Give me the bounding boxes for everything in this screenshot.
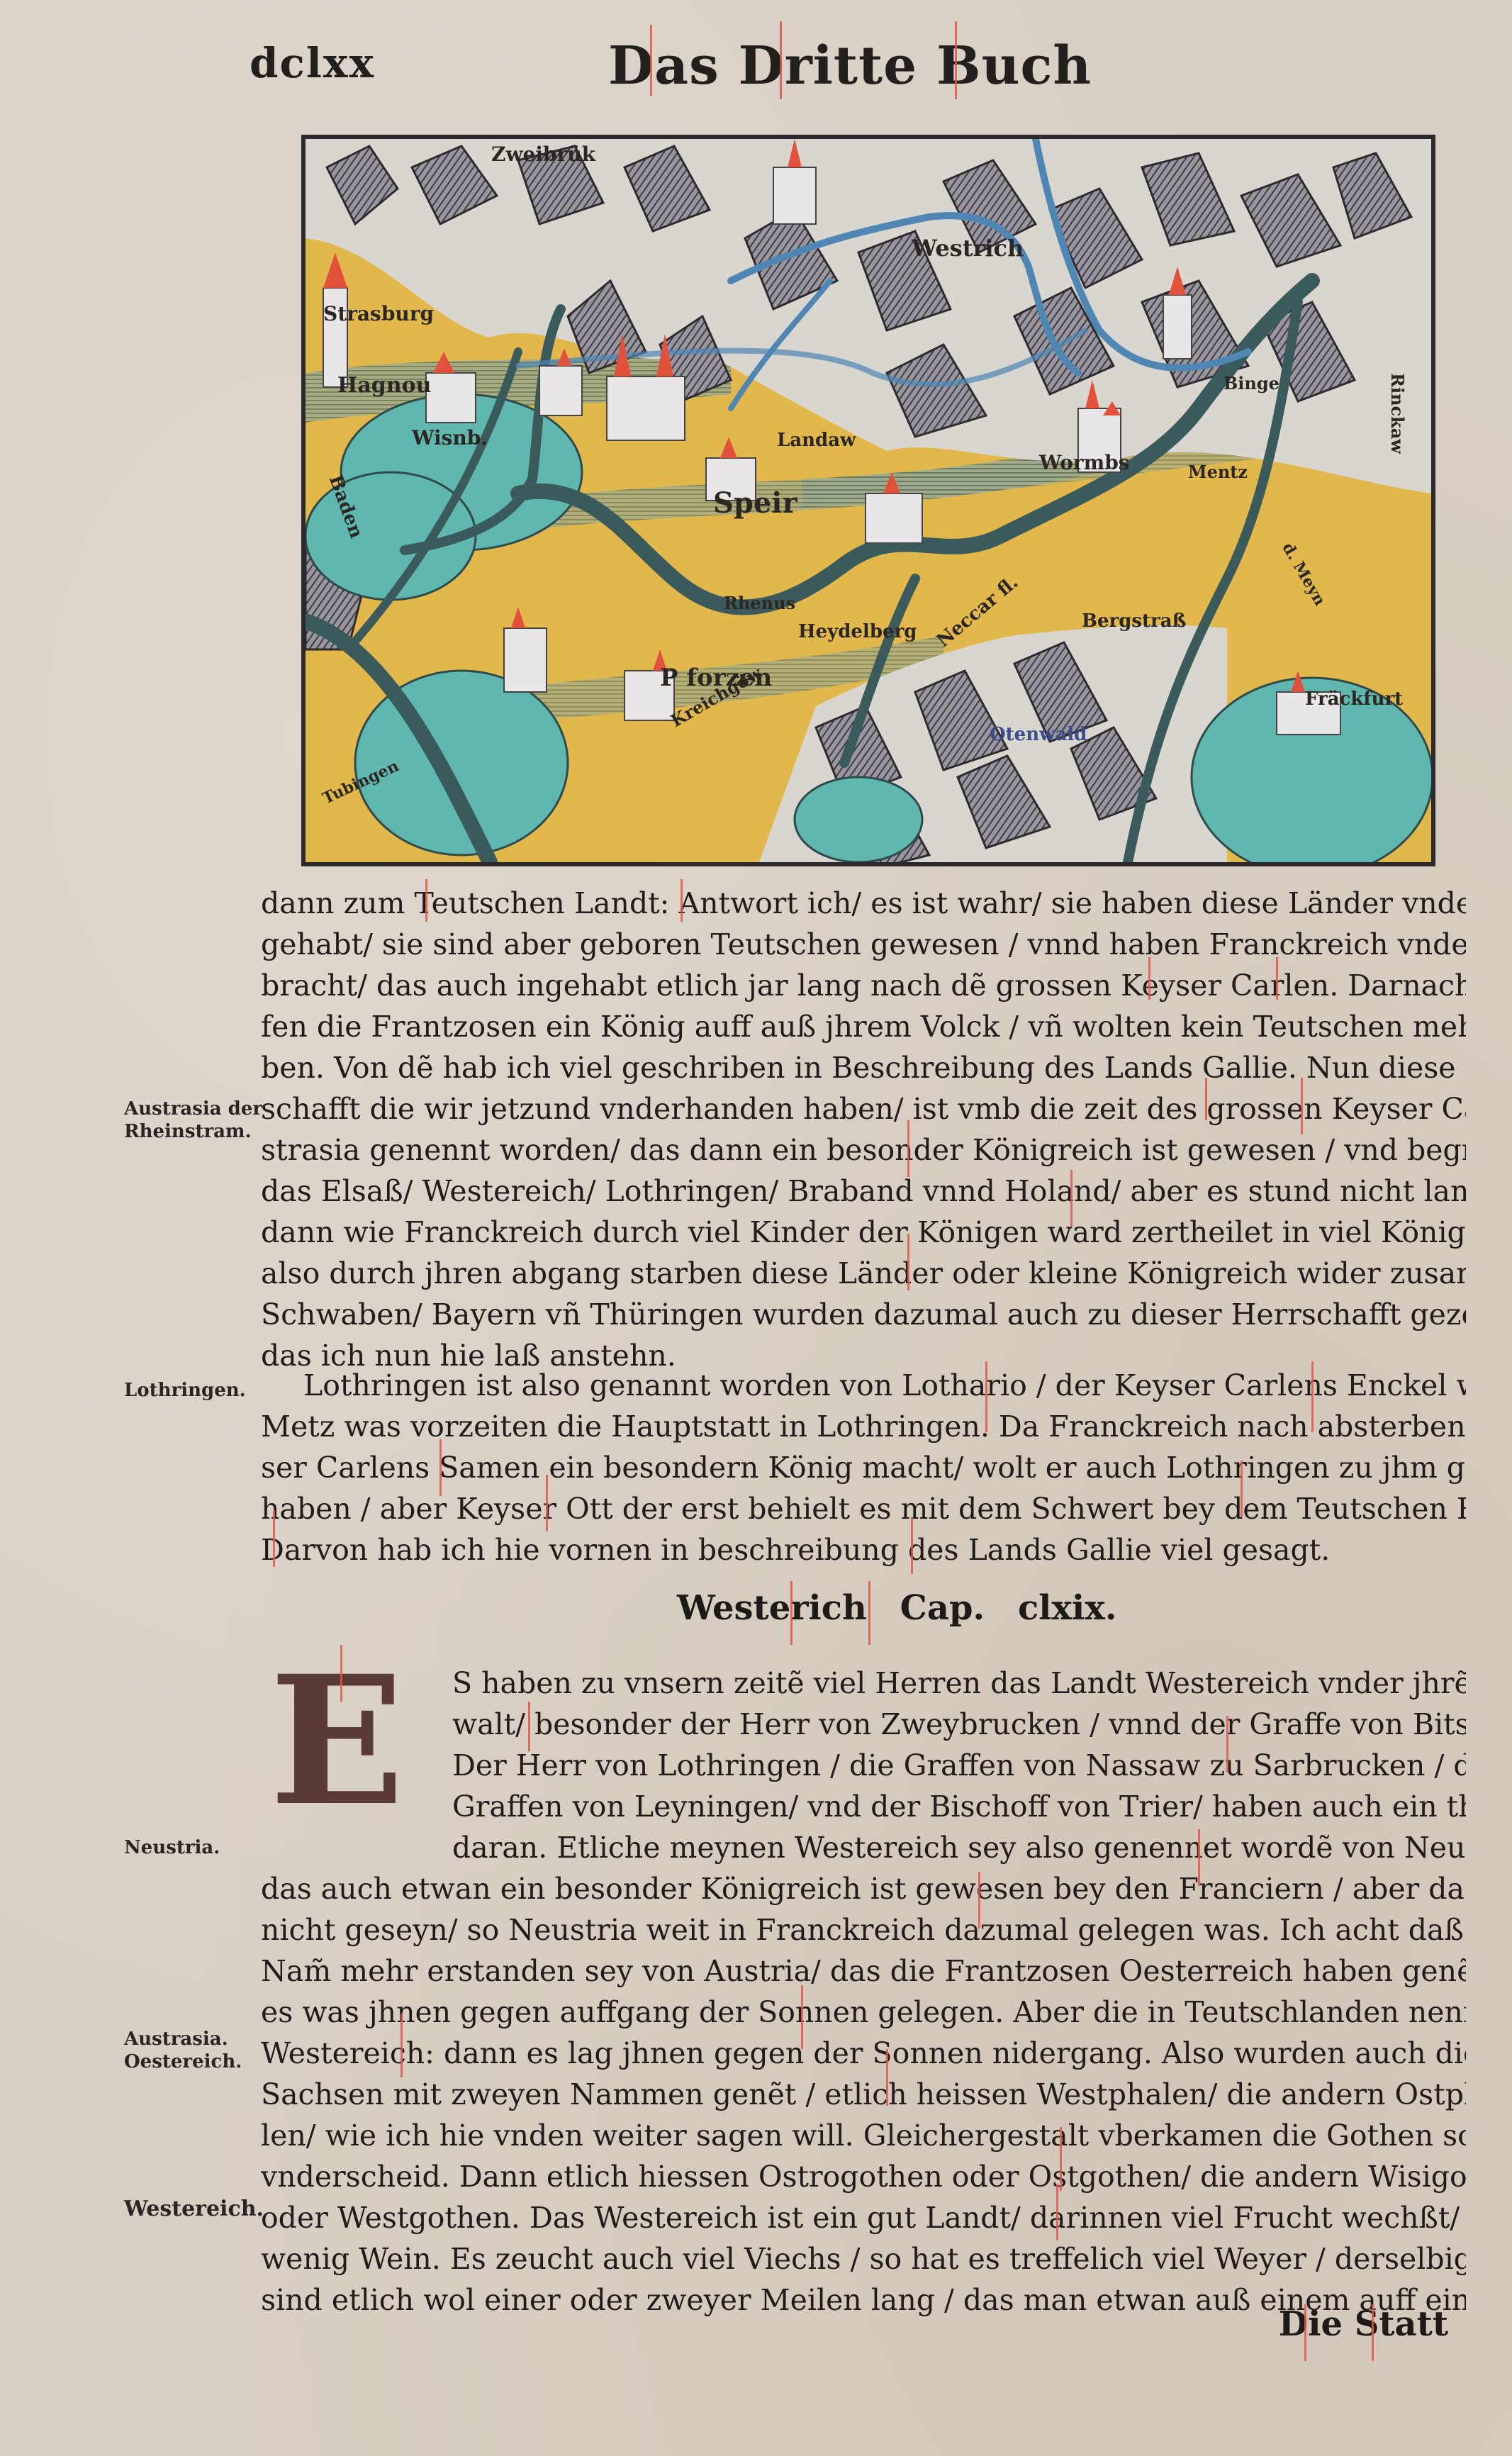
map-label-bergstrass: Bergstraß <box>1082 610 1186 632</box>
rubrication-stroke <box>1198 1829 1200 1886</box>
text-line: ben. Von dẽ hab ich viel geschriben in B… <box>261 1047 1466 1088</box>
running-head: Das Dritte Buch <box>608 35 1092 96</box>
text-line: daran. Etliche meynen Westereich sey als… <box>261 1827 1466 1868</box>
rubrication-stroke <box>1205 1078 1207 1120</box>
chapter-number: clxix. <box>1018 1588 1117 1628</box>
text-line: vnderscheid. Dann etlich hiessen Ostrogo… <box>261 2156 1466 2197</box>
paragraph-lothringen: Lothringen ist also genannt worden von L… <box>261 1365 1466 1570</box>
text-line: gehabt/ sie sind aber geboren Teutschen … <box>261 924 1466 965</box>
margin-note-neustria: Neustria. <box>124 1836 220 1859</box>
rubrication-stroke <box>801 1985 803 2049</box>
map-label-wisnb: Wisnb. <box>412 426 488 450</box>
text-line: schafft die wir jetzund vnderhanden habe… <box>261 1088 1466 1129</box>
map-label-landaw: Landaw <box>777 430 856 451</box>
text-line: Darvon hab ich hie vornen in beschreibun… <box>261 1529 1466 1570</box>
map-label-wormbs: Wormbs <box>1039 451 1130 474</box>
rubrication-stroke <box>790 1581 793 1645</box>
text-line: Metz was vorzeiten die Hauptstatt in Lot… <box>261 1406 1466 1447</box>
text-line: bracht/ das auch ingehabt etlich jar lan… <box>261 965 1466 1006</box>
rubrication-stroke <box>425 879 427 922</box>
text-line: S haben zu vnsern zeitẽ viel Herren das … <box>261 1663 1466 1704</box>
rubrication-stroke <box>1226 1716 1228 1773</box>
rubrication-stroke <box>401 2014 403 2077</box>
text-line: Westereich: dann es lag jhnen gegen der … <box>261 2033 1466 2074</box>
rubrication-stroke <box>1304 2304 1306 2361</box>
text-line: Graffen von Leyningen/ vnd der Bischoff … <box>261 1786 1466 1827</box>
paragraph-westerich: S haben zu vnsern zeitẽ viel Herren das … <box>261 1663 1466 2321</box>
text-line: walt/ besonder der Herr von Zweybrucken … <box>261 1704 1466 1745</box>
folio-number: dclxx <box>250 39 375 87</box>
rubrication-stroke <box>1241 1461 1243 1517</box>
map-drawing <box>306 139 1431 862</box>
margin-note-westereich: Westereich. <box>124 2198 264 2221</box>
map-label-rinckaw: Rinckaw <box>1387 373 1408 454</box>
text-line: Nam̃ mehr erstanden sey von Austria/ das… <box>261 1950 1466 1992</box>
rubrication-stroke <box>911 1517 913 1574</box>
map-label-strasburg: Strasburg <box>323 302 434 325</box>
margin-note-austrasia: Austrasia der Rheinstram. <box>124 1098 262 1143</box>
rubrication-stroke <box>546 1475 548 1531</box>
text-line: len/ wie ich hie vnden weiter sagen will… <box>261 2115 1466 2156</box>
chapter-title: Westerich <box>677 1588 867 1628</box>
text-line: haben / aber Keyser Ott der erst behielt… <box>261 1488 1466 1529</box>
rubrication-stroke <box>1060 2127 1062 2191</box>
margin-note-austrasia-oesterreich: Austrasia. Oestereich. <box>124 2028 242 2073</box>
map-label-mentz: Mentz <box>1188 462 1248 482</box>
text-line: strasia genennt worden/ das dann ein bes… <box>261 1129 1466 1171</box>
text-line: es was jhnen gegen auffgang der Sonnen g… <box>261 1992 1466 2033</box>
text-line: ser Carlens Samen ein besondern König ma… <box>261 1447 1466 1488</box>
map-label-zweibruck: Zweibrük <box>491 143 595 166</box>
text-line: Lothringen ist also genannt worden von L… <box>261 1365 1466 1406</box>
rubrication-stroke <box>650 25 652 96</box>
text-line: das Elsaß/ Westereich/ Lothringen/ Braba… <box>261 1171 1466 1212</box>
text-line: dann wie Franckreich durch viel Kinder d… <box>261 1212 1466 1253</box>
text-line: Schwaben/ Bayern vñ Thüringen wurden daz… <box>261 1294 1466 1335</box>
rubrication-stroke <box>886 2049 888 2106</box>
map-label-hagnou: Hagnou <box>337 373 431 398</box>
rubrication-stroke <box>1056 2184 1058 2240</box>
rubrication-stroke <box>273 1510 275 1567</box>
rubrication-stroke <box>907 1120 909 1177</box>
text-line: Der Herr von Lothringen / die Graffen vo… <box>261 1745 1466 1786</box>
margin-note-lothringen: Lothringen. <box>124 1379 246 1402</box>
map-label-franckfurt: Fräckfurt <box>1305 688 1403 710</box>
rubrication-stroke <box>978 1872 980 1928</box>
margin-note-line: Rheinstram. <box>124 1120 262 1143</box>
rubrication-stroke <box>528 1702 530 1751</box>
rubrication-stroke <box>340 1645 342 1702</box>
rubrication-stroke <box>868 1581 870 1645</box>
rubrication-stroke <box>780 21 782 99</box>
rubrication-stroke <box>955 21 957 99</box>
map-label-otenwald: Otenwald <box>990 724 1087 745</box>
text-line: fen die Frantzosen ein König auff auß jh… <box>261 1006 1466 1047</box>
text-line: Sachsen mit zweyen Nammen genẽt / etlich… <box>261 2074 1466 2115</box>
map-label-rhenus: Rhenus <box>724 593 795 613</box>
map-label-heydelberg: Heydelberg <box>798 621 917 642</box>
chapter-heading: Westerich Cap. clxix. <box>677 1588 1117 1628</box>
text-line: nicht geseyn/ so Neustria weit in Franck… <box>261 1909 1466 1950</box>
rubrication-stroke <box>1372 2304 1374 2361</box>
rubrication-stroke <box>1148 957 1150 1000</box>
margin-note-line: Austrasia der <box>124 1098 262 1120</box>
text-line: also durch jhren abgang starben diese Lä… <box>261 1253 1466 1294</box>
woodcut-map: Zweibrük Westrich Strasburg Hagnou Wisnb… <box>301 135 1435 866</box>
text-line: wenig Wein. Es zeucht auch viel Viechs /… <box>261 2238 1466 2279</box>
margin-note-line: Oestereich. <box>124 2050 242 2073</box>
rubrication-stroke <box>439 1439 442 1496</box>
map-label-westrich: Westrich <box>912 235 1024 262</box>
map-label-binge: Binge <box>1223 373 1279 393</box>
rubrication-stroke <box>681 879 683 922</box>
text-line: oder Westgothen. Das Westereich ist ein … <box>261 2197 1466 2238</box>
map-label-speir: Speir <box>713 486 797 520</box>
text-line: das auch etwan ein besonder Königreich i… <box>261 1868 1466 1909</box>
text-line: dann zum Teutschen Landt: Antwort ich/ e… <box>261 883 1466 924</box>
rubrication-stroke <box>1301 1078 1303 1134</box>
rubrication-stroke <box>907 1234 909 1290</box>
chapter-cap: Cap. <box>900 1588 985 1628</box>
rubrication-stroke <box>1276 957 1278 1000</box>
margin-note-line: Austrasia. <box>124 2028 242 2050</box>
book-page: dclxx Das Dritte Buch <box>0 0 1512 2456</box>
rubrication-stroke <box>1311 1361 1314 1432</box>
paragraph-austrasia: dann zum Teutschen Landt: Antwort ich/ e… <box>261 883 1466 1376</box>
rubrication-stroke <box>985 1361 987 1432</box>
rubrication-stroke <box>1070 1170 1073 1227</box>
